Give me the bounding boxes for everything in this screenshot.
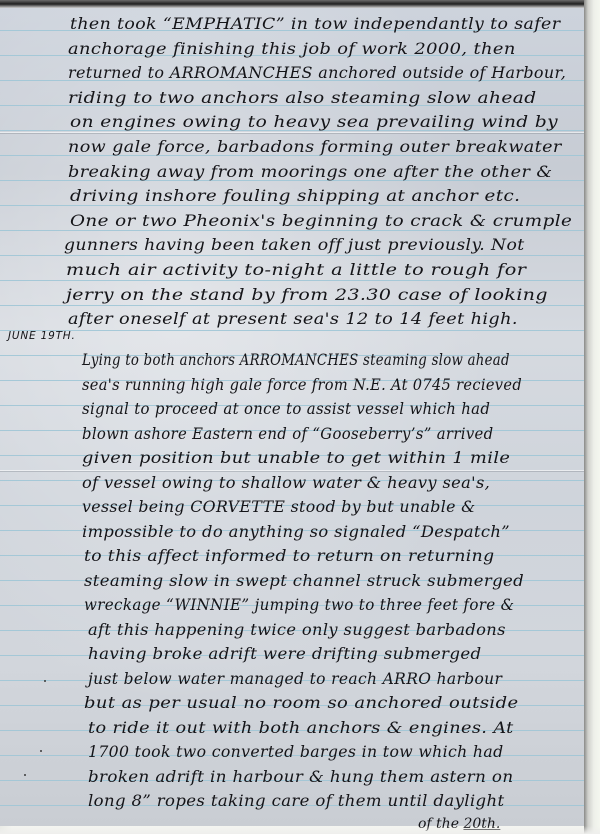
handwritten-line: gunners having been taken off just previ…	[64, 236, 525, 254]
handwritten-line: aft this happening twice only suggest ba…	[88, 621, 506, 639]
handwritten-line: steaming slow in swept channel struck su…	[84, 572, 524, 590]
handwritten-line: given position but unable to get within …	[82, 449, 510, 467]
scanner-edge-right	[584, 0, 600, 834]
handwritten-line: impossible to do anything so signaled “D…	[82, 523, 510, 541]
handwritten-line: sea's running high gale force from N.E. …	[82, 376, 522, 394]
handwritten-line: vessel being CORVETTE stood by but unabl…	[82, 498, 476, 516]
handwritten-line: on engines owing to heavy sea prevailing…	[70, 113, 558, 131]
handwritten-line: riding to two anchors also steaming slow…	[68, 89, 537, 107]
handwritten-line: broken adrift in harbour & hung them ast…	[88, 768, 513, 786]
handwritten-line: just below water managed to reach ARRO h…	[88, 670, 502, 688]
handwritten-line: then took “EMPHATIC” in tow independantl…	[70, 15, 560, 33]
handwritten-line: long 8” ropes taking care of them until …	[88, 792, 504, 810]
handwritten-line: wreckage “WINNIE” jumping two to three f…	[84, 596, 514, 614]
handwritten-line: One or two Pheonix's beginning to crack …	[70, 212, 572, 230]
handwritten-line: of vessel owing to shallow water & heavy…	[82, 474, 490, 492]
handwritten-line: driving inshore fouling shipping at anch…	[70, 187, 520, 205]
handwritten-text: JUNE 19TH. of the 20th. then took “EMPHA…	[0, 8, 586, 826]
lined-paper: JUNE 19TH. of the 20th. then took “EMPHA…	[0, 8, 586, 826]
handwritten-line: jerry on the stand by from 23.30 case of…	[66, 286, 548, 304]
scanner-edge-bottom	[0, 826, 600, 834]
handwritten-line: returned to ARROMANCHES anchored outside…	[68, 64, 566, 82]
handwritten-line: to ride it out with both anchors & engin…	[88, 719, 514, 737]
scanned-page: JUNE 19TH. of the 20th. then took “EMPHA…	[0, 0, 600, 834]
handwritten-line: much air activity to-night a little to r…	[66, 261, 526, 279]
handwritten-line: breaking away from moorings one after th…	[68, 163, 552, 181]
handwritten-line: blown ashore Eastern end of “Gooseberry’…	[82, 425, 494, 443]
handwritten-line: signal to proceed at once to assist vess…	[82, 400, 490, 418]
handwritten-line: to this affect informed to return on ret…	[84, 547, 494, 565]
handwritten-line: anchorage finishing this job of work 200…	[68, 40, 516, 58]
handwritten-line: after oneself at present sea's 12 to 14 …	[68, 310, 518, 328]
handwritten-line: 1700 took two converted barges in tow wh…	[88, 743, 503, 761]
handwritten-line: now gale force, barbadons forming outer …	[68, 138, 562, 156]
date-heading: JUNE 19TH.	[8, 330, 76, 342]
handwritten-line: having broke adrift were drifting submer…	[88, 645, 482, 663]
handwritten-line: but as per usual no room so anchored out…	[84, 694, 518, 712]
handwritten-line: Lying to both anchors ARROMANCHES steami…	[82, 351, 510, 369]
